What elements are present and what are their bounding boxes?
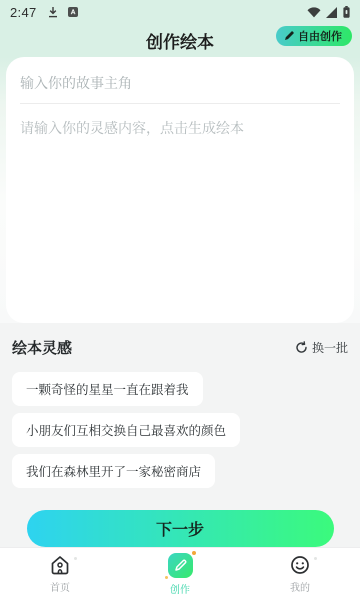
page-title: 创作绘本 — [146, 28, 214, 53]
free-create-label: 自由创作 — [298, 28, 342, 44]
inspiration-input[interactable] — [20, 104, 340, 323]
refresh-label: 换一批 — [312, 339, 348, 356]
app-bar: 创作绘本 自由创作 — [0, 24, 360, 57]
refresh-icon — [295, 341, 308, 354]
smiley-icon — [289, 554, 311, 576]
suggestion-chip[interactable]: 我们在森林里开了一家秘密商店 — [12, 454, 215, 488]
nav-item-mine[interactable]: 我的 — [240, 548, 360, 600]
system-status-icons — [307, 6, 350, 18]
sparkle-dot — [192, 551, 196, 555]
nav-item-home[interactable]: 首页 — [0, 548, 120, 600]
cellular-signal-icon — [326, 7, 338, 18]
inspiration-section: 绘本灵感 换一批 一颗奇怪的星星一直在跟着我 小朋友们互相交换自己最喜欢的颜色 … — [0, 323, 360, 547]
inspiration-title: 绘本灵感 — [12, 337, 72, 358]
refresh-batch-button[interactable]: 换一批 — [295, 339, 348, 356]
protagonist-input[interactable] — [20, 63, 340, 103]
nav-item-create[interactable]: 创作 — [120, 548, 240, 600]
pencil-icon — [284, 31, 294, 41]
next-step-button[interactable]: 下一步 — [27, 510, 334, 547]
status-bar: 2:47 — [0, 0, 360, 24]
sparkle-dot — [314, 557, 317, 560]
download-icon — [47, 6, 59, 18]
wifi-icon — [307, 7, 321, 18]
suggestion-list: 一颗奇怪的星星一直在跟着我 小朋友们互相交换自己最喜欢的颜色 我们在森林里开了一… — [12, 372, 348, 488]
nav-label-create: 创作 — [170, 581, 190, 596]
app-notification-icon — [67, 6, 79, 18]
sparkle-dot — [165, 576, 168, 579]
suggestion-chip[interactable]: 小朋友们互相交换自己最喜欢的颜色 — [12, 413, 240, 447]
notification-icons — [47, 6, 79, 18]
sparkle-dot — [74, 557, 77, 560]
form-card-zone — [0, 57, 360, 323]
bottom-navigation: 首页 创作 我的 — [0, 547, 360, 600]
clock: 2:47 — [10, 5, 37, 20]
nav-label-home: 首页 — [50, 579, 70, 594]
home-icon — [49, 554, 71, 576]
create-picture-book-screen: 2:47 — [0, 0, 360, 600]
top-zone: 2:47 — [0, 0, 360, 57]
create-icon — [168, 553, 193, 578]
suggestion-chip[interactable]: 一颗奇怪的星星一直在跟着我 — [12, 372, 203, 406]
nav-label-mine: 我的 — [290, 579, 310, 594]
inspiration-header: 绘本灵感 换一批 — [12, 337, 348, 358]
battery-icon — [343, 6, 350, 18]
free-create-button[interactable]: 自由创作 — [276, 26, 352, 46]
form-card — [6, 57, 354, 323]
